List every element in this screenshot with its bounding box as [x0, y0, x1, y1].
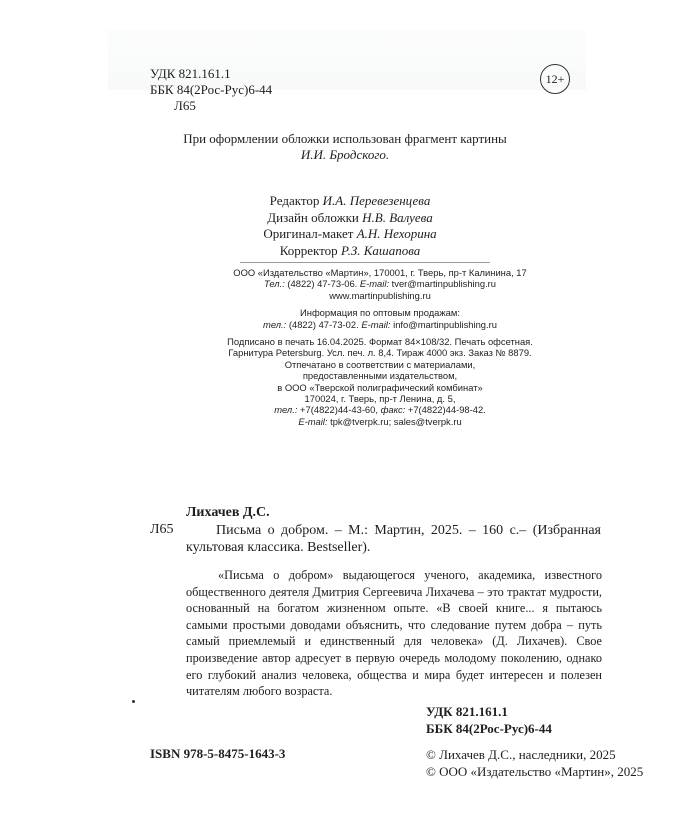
author-mark: Л65 — [150, 98, 272, 114]
cover-note: При оформлении обложки использован фрагм… — [150, 131, 540, 163]
credit-layout: Оригинал-макет А.Н. Нехорина — [200, 226, 500, 243]
publisher-contacts: Тел.: (4822) 47-73-06. E-mail: tver@mart… — [215, 278, 545, 289]
udk-code: УДК 821.161.1 — [150, 66, 272, 82]
bottom-classification-codes: УДК 821.161.1 ББК 84(2Рос-Рус)6-44 — [426, 703, 552, 737]
publisher-website: www.martinpublishing.ru — [215, 290, 545, 301]
wholesale-heading: Информация по оптовым продажам: — [215, 307, 545, 318]
publisher-address: ООО «Издательство «Мартин», 170001, г. Т… — [215, 267, 545, 278]
credit-proofreader: Корректор Р.З. Кашапова — [200, 243, 500, 260]
cover-artist: И.И. Бродского. — [301, 147, 389, 162]
top-classification-codes: УДК 821.161.1 ББК 84(2Рос-Рус)6-44 Л65 — [150, 66, 272, 114]
credits-block: Редактор И.А. Перевезенцева Дизайн облож… — [200, 193, 500, 259]
print-info-line: Подписано в печать 16.04.2025. Формат 84… — [215, 336, 545, 347]
bbk-code-bottom: ББК 84(2Рос-Рус)6-44 — [426, 720, 552, 737]
print-info-line: предоставленными издательством, — [215, 370, 545, 381]
printer-email: E-mail: tpk@tverpk.ru; sales@tverpk.ru — [215, 416, 545, 427]
print-speck — [132, 700, 135, 703]
udk-code-bottom: УДК 821.161.1 — [426, 703, 552, 720]
imprint-block: ООО «Издательство «Мартин», 170001, г. Т… — [215, 267, 545, 427]
cover-note-text: При оформлении обложки использован фрагм… — [150, 131, 540, 147]
bibliography-author: Лихачев Д.С. — [186, 505, 270, 521]
copyright-block: © Лихачев Д.С., наследники, 2025 © ООО «… — [426, 746, 643, 780]
print-info-line: Гарнитура Petersburg. Усл. печ. л. 8,4. … — [215, 347, 545, 358]
credit-cover-design: Дизайн обложки Н.В. Валуева — [200, 210, 500, 227]
bbk-code: ББК 84(2Рос-Рус)6-44 — [150, 82, 272, 98]
print-info-line: Отпечатано в соответствии с материалами, — [215, 359, 545, 370]
printer-contacts: тел.: +7(4822)44-43-60, факс: +7(4822)44… — [215, 404, 545, 415]
bibliography-code: Л65 — [150, 522, 174, 538]
wholesale-contacts: тел.: (4822) 47-73-02. E-mail: info@mart… — [215, 319, 545, 330]
divider-rule — [240, 262, 490, 263]
annotation-text: «Письма о добром» выдающегося ученого, а… — [186, 567, 602, 700]
print-info-line: в ООО «Тверской полиграфический комбинат… — [215, 382, 545, 393]
bibliography-entry: Письма о добром. – М.: Мартин, 2025. – 1… — [186, 522, 601, 556]
age-rating-badge: 12+ — [540, 64, 570, 94]
credit-editor: Редактор И.А. Перевезенцева — [200, 193, 500, 210]
copyright-publisher: © ООО «Издательство «Мартин», 2025 — [426, 763, 643, 780]
print-info-line: 170024, г. Тверь, пр-т Ленина, д. 5, — [215, 393, 545, 404]
copyright-author: © Лихачев Д.С., наследники, 2025 — [426, 746, 643, 763]
isbn: ISBN 978-5-8475-1643-3 — [150, 746, 285, 762]
